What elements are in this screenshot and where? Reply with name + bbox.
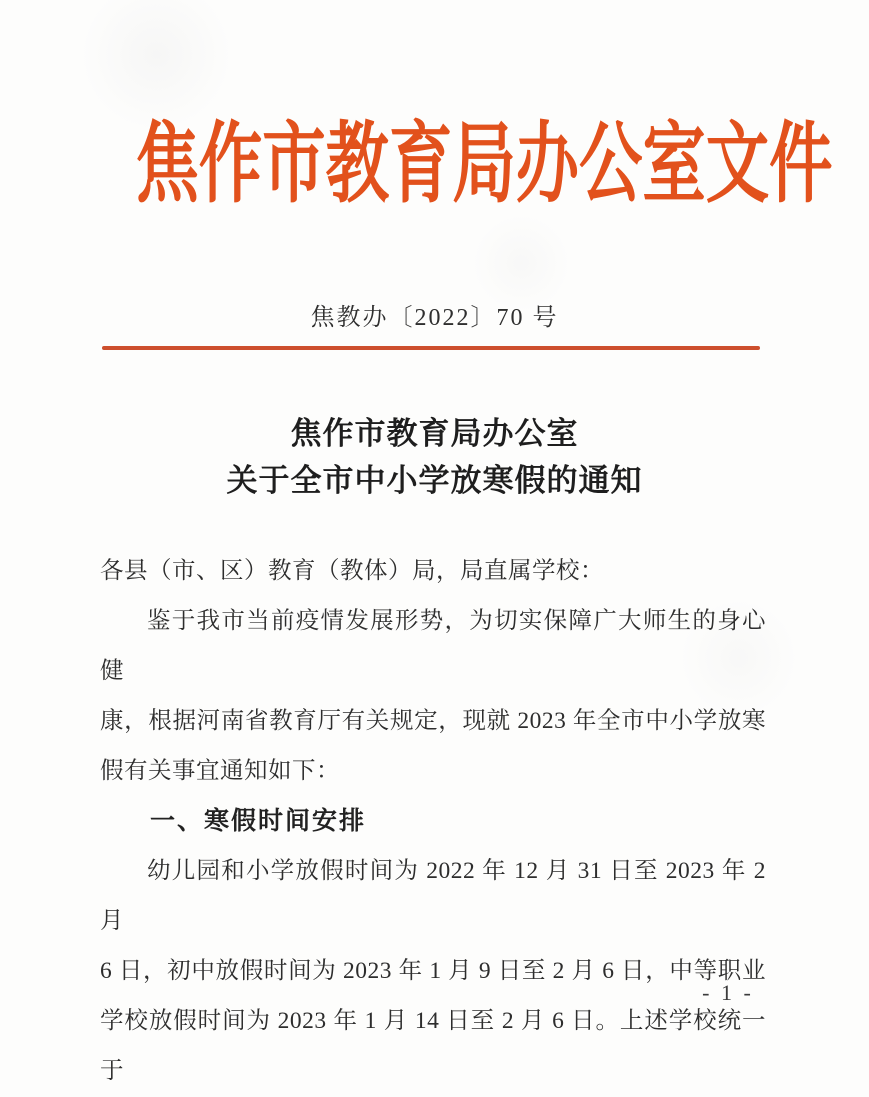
body-line: 6 日，初中放假时间为 2023 年 1 月 9 日至 2 月 6 日，中等职业 (100, 946, 766, 996)
letterhead-org-title: 焦作市教育局办公室文件 (136, 116, 833, 216)
body-line: 学校放假时间为 2023 年 1 月 14 日至 2 月 6 日。上述学校统一于 (100, 996, 766, 1096)
body-line: 幼儿园和小学放假时间为 2022 年 12 月 31 日至 2023 年 2 月 (100, 846, 766, 946)
body-line: 鉴于我市当前疫情发展形势，为切实保障广大师生的身心健 (100, 596, 766, 696)
letterhead: 焦作市教育局办公室文件 (0, 116, 869, 216)
document-body: 各县（市、区）教育（教体）局，局直属学校： 鉴于我市当前疫情发展形势，为切实保障… (100, 546, 766, 1096)
page-number: - 1 - (685, 980, 771, 1006)
salutation-line: 各县（市、区）教育（教体）局，局直属学校： (100, 546, 766, 596)
letterhead-divider-rule (102, 346, 760, 350)
document-number: 焦教办〔2022〕70 号 (0, 297, 869, 332)
scanned-document-page: 焦作市教育局办公室文件 焦教办〔2022〕70 号 焦作市教育局办公室 关于全市… (0, 0, 869, 1097)
document-title-line2: 关于全市中小学放寒假的通知 (0, 457, 869, 504)
document-title-line1: 焦作市教育局办公室 (0, 410, 869, 457)
document-title: 焦作市教育局办公室 关于全市中小学放寒假的通知 (0, 410, 869, 504)
body-line: 康，根据河南省教育厅有关规定，现就 2023 年全市中小学放寒 (100, 696, 766, 746)
section-heading-line: 一、寒假时间安排 (100, 796, 766, 846)
body-line: 假有关事宜通知如下： (100, 746, 766, 796)
